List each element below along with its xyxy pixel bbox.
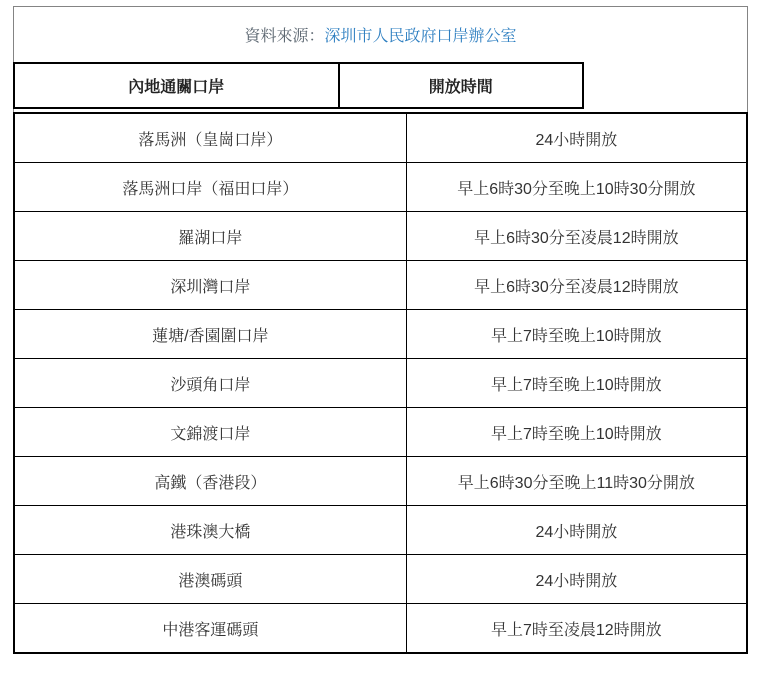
port-name-cell: 文錦渡口岸 bbox=[14, 408, 406, 457]
table-row: 高鐵（香港段） 早上6時30分至晚上11時30分開放 bbox=[14, 457, 747, 506]
port-name-cell: 高鐵（香港段） bbox=[14, 457, 406, 506]
port-name-cell: 落馬洲（皇崗口岸） bbox=[14, 113, 406, 163]
port-name-cell: 深圳灣口岸 bbox=[14, 261, 406, 310]
port-name-cell: 中港客運碼頭 bbox=[14, 604, 406, 654]
opening-hours-cell: 早上6時30分至凌晨12時開放 bbox=[406, 261, 747, 310]
data-source-label: 資料來源： bbox=[244, 23, 324, 46]
table-row: 羅湖口岸 早上6時30分至凌晨12時開放 bbox=[14, 212, 747, 261]
column-header-hours: 開放時間 bbox=[339, 63, 583, 108]
port-hours-table: 落馬洲（皇崗口岸） 24小時開放 落馬洲口岸（福田口岸） 早上6時30分至晚上1… bbox=[13, 112, 748, 654]
data-source-line: 資料來源：深圳市人民政府口岸辦公室 bbox=[14, 7, 747, 62]
opening-hours-cell: 早上6時30分至晚上11時30分開放 bbox=[406, 457, 747, 506]
page: 資料來源：深圳市人民政府口岸辦公室 內地通關口岸 開放時間 落馬洲（皇崗口岸） … bbox=[0, 0, 767, 687]
opening-hours-cell: 早上6時30分至凌晨12時開放 bbox=[406, 212, 747, 261]
opening-hours-cell: 早上7時至凌晨12時開放 bbox=[406, 604, 747, 654]
opening-hours-cell: 早上7時至晚上10時開放 bbox=[406, 408, 747, 457]
table-row: 港珠澳大橋 24小時開放 bbox=[14, 506, 747, 555]
opening-hours-cell: 早上6時30分至晚上10時30分開放 bbox=[406, 163, 747, 212]
port-name-cell: 沙頭角口岸 bbox=[14, 359, 406, 408]
table-row: 中港客運碼頭 早上7時至凌晨12時開放 bbox=[14, 604, 747, 654]
port-name-cell: 港澳碼頭 bbox=[14, 555, 406, 604]
opening-hours-cell: 早上7時至晚上10時開放 bbox=[406, 359, 747, 408]
port-name-cell: 落馬洲口岸（福田口岸） bbox=[14, 163, 406, 212]
header-row: 內地通關口岸 開放時間 bbox=[14, 63, 583, 108]
opening-hours-cell: 24小時開放 bbox=[406, 506, 747, 555]
data-source-link[interactable]: 深圳市人民政府口岸辦公室 bbox=[325, 23, 517, 46]
opening-hours-cell: 24小時開放 bbox=[406, 113, 747, 163]
port-hours-panel: 資料來源：深圳市人民政府口岸辦公室 內地通關口岸 開放時間 落馬洲（皇崗口岸） … bbox=[13, 6, 748, 654]
table-row: 落馬洲口岸（福田口岸） 早上6時30分至晚上10時30分開放 bbox=[14, 163, 747, 212]
opening-hours-cell: 24小時開放 bbox=[406, 555, 747, 604]
table-row: 沙頭角口岸 早上7時至晚上10時開放 bbox=[14, 359, 747, 408]
table-row: 文錦渡口岸 早上7時至晚上10時開放 bbox=[14, 408, 747, 457]
table-row: 深圳灣口岸 早上6時30分至凌晨12時開放 bbox=[14, 261, 747, 310]
port-name-cell: 港珠澳大橋 bbox=[14, 506, 406, 555]
port-name-cell: 羅湖口岸 bbox=[14, 212, 406, 261]
table-header: 內地通關口岸 開放時間 bbox=[13, 62, 584, 109]
table-row: 落馬洲（皇崗口岸） 24小時開放 bbox=[14, 113, 747, 163]
port-name-cell: 蓮塘/香園圍口岸 bbox=[14, 310, 406, 359]
opening-hours-cell: 早上7時至晚上10時開放 bbox=[406, 310, 747, 359]
table-row: 蓮塘/香園圍口岸 早上7時至晚上10時開放 bbox=[14, 310, 747, 359]
table-row: 港澳碼頭 24小時開放 bbox=[14, 555, 747, 604]
column-header-port: 內地通關口岸 bbox=[14, 63, 339, 108]
